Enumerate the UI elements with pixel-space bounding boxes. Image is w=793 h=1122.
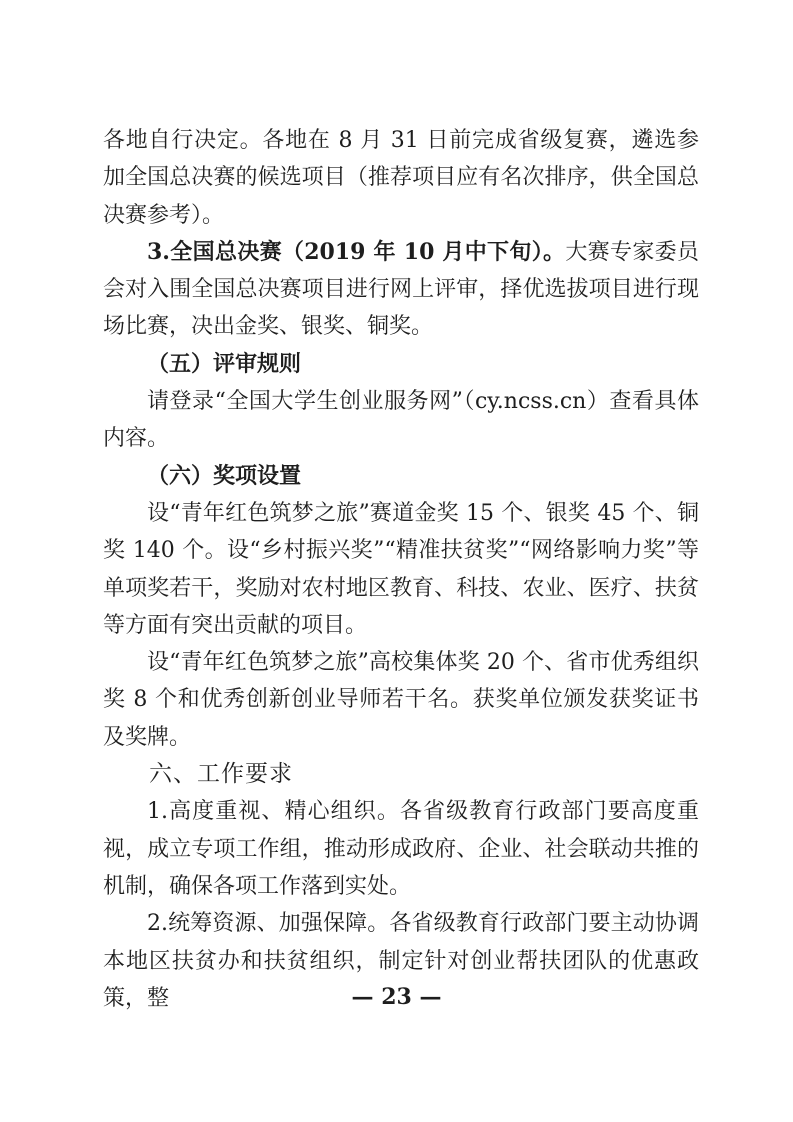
- heading-award-settings: （六）奖项设置: [103, 458, 699, 495]
- paragraph-text: 请登录“全国大学生创业服务网”（cy.ncss.cn）查看具体内容。: [103, 389, 699, 451]
- document-page: 各地自行决定。各地在 8 月 31 日前完成省级复赛，遴选参加全国总决赛的候选项…: [0, 0, 793, 1122]
- heading-review-rules: （五）评审规则: [103, 346, 699, 383]
- paragraph-provincial-semifinal-continued: 各地自行决定。各地在 8 月 31 日前完成省级复赛，遴选参加全国总决赛的候选项…: [103, 122, 699, 234]
- paragraph-awards-collective: 设“青年红色筑梦之旅”高校集体奖 20 个、省市优秀组织奖 8 个和优秀创新创业…: [103, 644, 699, 756]
- heading-text: （六）奖项设置: [147, 463, 301, 489]
- paragraph-national-final: 3.全国总决赛（2019 年 10 月中下旬）。大赛专家委员会对入围全国总决赛项…: [103, 234, 699, 346]
- page-number: — 23 —: [0, 984, 793, 1010]
- paragraph-text: 设“青年红色筑梦之旅”赛道金奖 15 个、银奖 45 个、铜奖 140 个。设“…: [103, 501, 699, 638]
- paragraph-text: 设“青年红色筑梦之旅”高校集体奖 20 个、省市优秀组织奖 8 个和优秀创新创业…: [103, 650, 699, 750]
- paragraph-review-rules-body: 请登录“全国大学生创业服务网”（cy.ncss.cn）查看具体内容。: [103, 383, 699, 458]
- paragraph-awards-track: 设“青年红色筑梦之旅”赛道金奖 15 个、银奖 45 个、铜奖 140 个。设“…: [103, 495, 699, 644]
- paragraph-text: 各地自行决定。各地在 8 月 31 日前完成省级复赛，遴选参加全国总决赛的候选项…: [103, 128, 699, 228]
- heading-work-requirements: 六、工作要求: [103, 756, 699, 793]
- heading-text: 六、工作要求: [149, 761, 293, 787]
- paragraph-bold-lead: 3.全国总决赛（2019 年 10 月中下旬）。: [147, 239, 565, 265]
- heading-text: （五）评审规则: [147, 351, 301, 377]
- text-block: 各地自行决定。各地在 8 月 31 日前完成省级复赛，遴选参加全国总决赛的候选项…: [103, 122, 699, 1017]
- paragraph-work-requirement-1: 1.高度重视、精心组织。各省级教育行政部门要高度重视，成立专项工作组，推动形成政…: [103, 793, 699, 905]
- paragraph-text: 1.高度重视、精心组织。各省级教育行政部门要高度重视，成立专项工作组，推动形成政…: [103, 799, 699, 899]
